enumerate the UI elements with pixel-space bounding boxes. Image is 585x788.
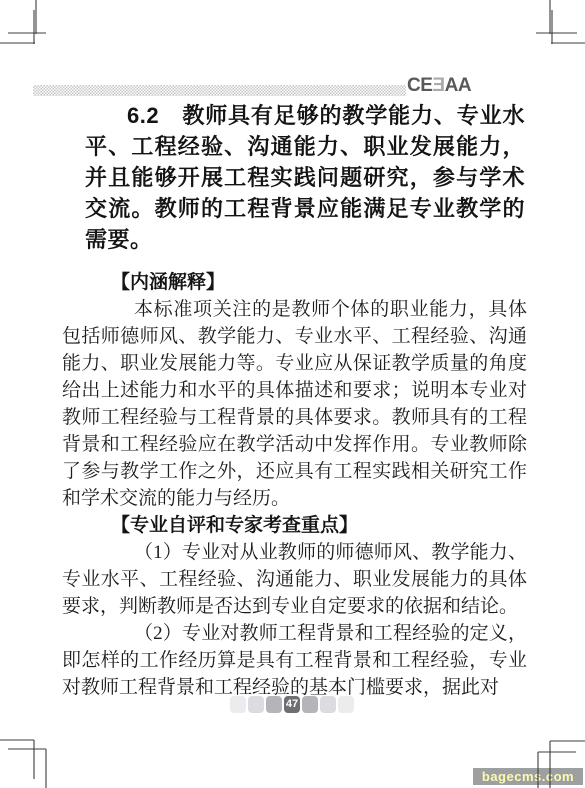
logo-text-aa: AA	[445, 75, 471, 96]
book-page: CEƎAA 6.2 教师具有足够的教学能力、专业水平、工程经验、沟通能力、职业发…	[0, 0, 585, 788]
crop-mark-top-left	[0, 0, 50, 50]
logo-reversed-e-glyph: Ǝ	[432, 75, 444, 96]
section-header-review-focus: 【专业自评和专家考查重点】	[62, 512, 527, 539]
page-number-badge: 47	[284, 696, 300, 713]
page-number-bar: 47	[230, 696, 354, 713]
crop-mark-top-right	[535, 0, 585, 50]
paragraph-review-point-1: （1）专业对从业教师的师德师风、教学能力、专业水平、工程经验、沟通能力、职业发展…	[62, 539, 527, 620]
ceeaa-logo: CEƎAA	[407, 76, 471, 96]
pager-square	[266, 696, 282, 713]
section-header-connotation: 【内涵解释】	[62, 269, 527, 296]
pager-square	[320, 696, 336, 713]
watermark-badge: bagecms.com	[473, 768, 583, 785]
paragraph-review-point-2: （2）专业对教师工程背景和工程经验的定义，即怎样的工作经历算是具有工程背景和工程…	[62, 620, 527, 701]
page-content: 6.2 教师具有足够的教学能力、专业水平、工程经验、沟通能力、职业发展能力，并且…	[62, 100, 527, 701]
pager-square	[338, 696, 354, 713]
pager-square	[248, 696, 264, 713]
paragraph-connotation: 本标准项关注的是教师个体的职业能力，具体包括师德师风、教学能力、专业水平、工程经…	[62, 296, 527, 512]
pager-square	[230, 696, 246, 713]
crop-mark-bottom-left	[0, 738, 50, 788]
pager-square	[302, 696, 318, 713]
standard-item-heading: 6.2 教师具有足够的教学能力、专业水平、工程经验、沟通能力、职业发展能力，并且…	[85, 100, 525, 255]
logo-text-ce: CE	[407, 75, 432, 96]
body-text: 【内涵解释】 本标准项关注的是教师个体的职业能力，具体包括师德师风、教学能力、专…	[62, 269, 527, 701]
header-halftone-rule	[33, 85, 406, 96]
